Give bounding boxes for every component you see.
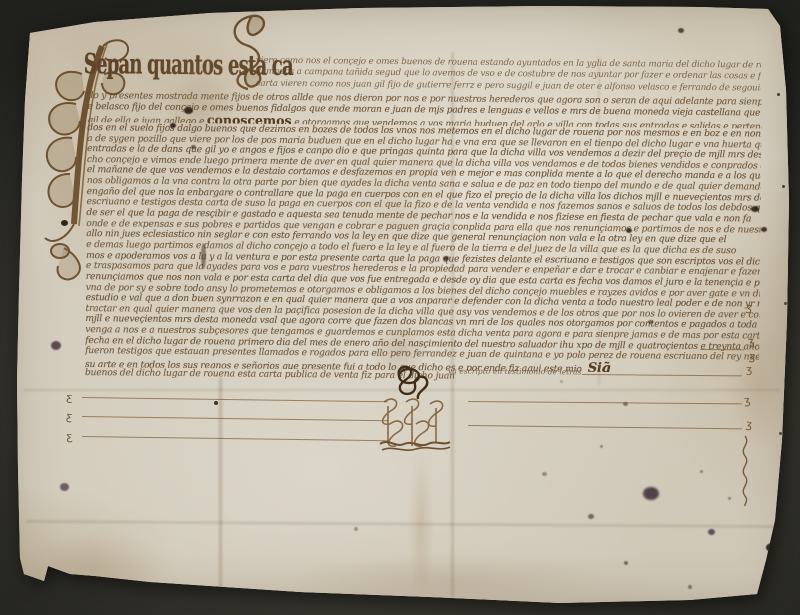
ink-spot <box>623 402 628 406</box>
ink-spot <box>443 256 449 261</box>
line-end-glyph: ʒ <box>66 392 72 403</box>
ink-spot <box>191 145 196 149</box>
line-end-glyph: ʒ <box>743 395 750 407</box>
ink-spot <box>648 320 653 324</box>
ink-spot <box>777 93 780 96</box>
line-end-glyph: ʒ <box>747 336 755 348</box>
ink-spot <box>600 445 603 448</box>
ink-spot <box>60 483 69 491</box>
parchment-edge-shading <box>0 0 800 615</box>
line-end-glyph: ʒ <box>749 351 756 363</box>
ink-spot <box>588 514 594 519</box>
ink-spot <box>51 341 61 350</box>
ink-spot <box>626 228 632 233</box>
ink-spot <box>751 206 759 212</box>
ink-spot <box>170 123 176 128</box>
photo-background: Sepan quantos esta ca viere como nos el … <box>0 0 800 615</box>
ink-spot <box>700 470 703 473</box>
parchment-sheet: Sepan quantos esta ca viere como nos el … <box>0 0 800 615</box>
ink-spot <box>354 527 358 531</box>
ink-spot <box>542 472 547 476</box>
ink-spot <box>184 107 193 114</box>
ink-spot <box>201 243 206 269</box>
ink-spot <box>624 561 628 565</box>
ink-spot <box>766 543 778 552</box>
line-end-glyph: ʒ <box>66 411 73 423</box>
ink-spot <box>20 53 25 57</box>
ink-spot <box>708 529 715 535</box>
ink-spot <box>678 28 684 33</box>
line-end-glyph: ʒ <box>66 431 73 443</box>
ink-spot <box>643 487 659 500</box>
ink-spot <box>61 220 68 226</box>
ink-spot <box>784 302 787 305</box>
ink-spot <box>782 185 785 188</box>
ink-spot <box>761 227 767 232</box>
ink-spot <box>688 585 692 589</box>
ink-spot <box>779 432 782 435</box>
ink-spot <box>214 401 218 405</box>
line-end-glyph: ʒ <box>746 364 752 375</box>
ink-spot <box>728 497 731 500</box>
ink-spot <box>560 380 563 383</box>
